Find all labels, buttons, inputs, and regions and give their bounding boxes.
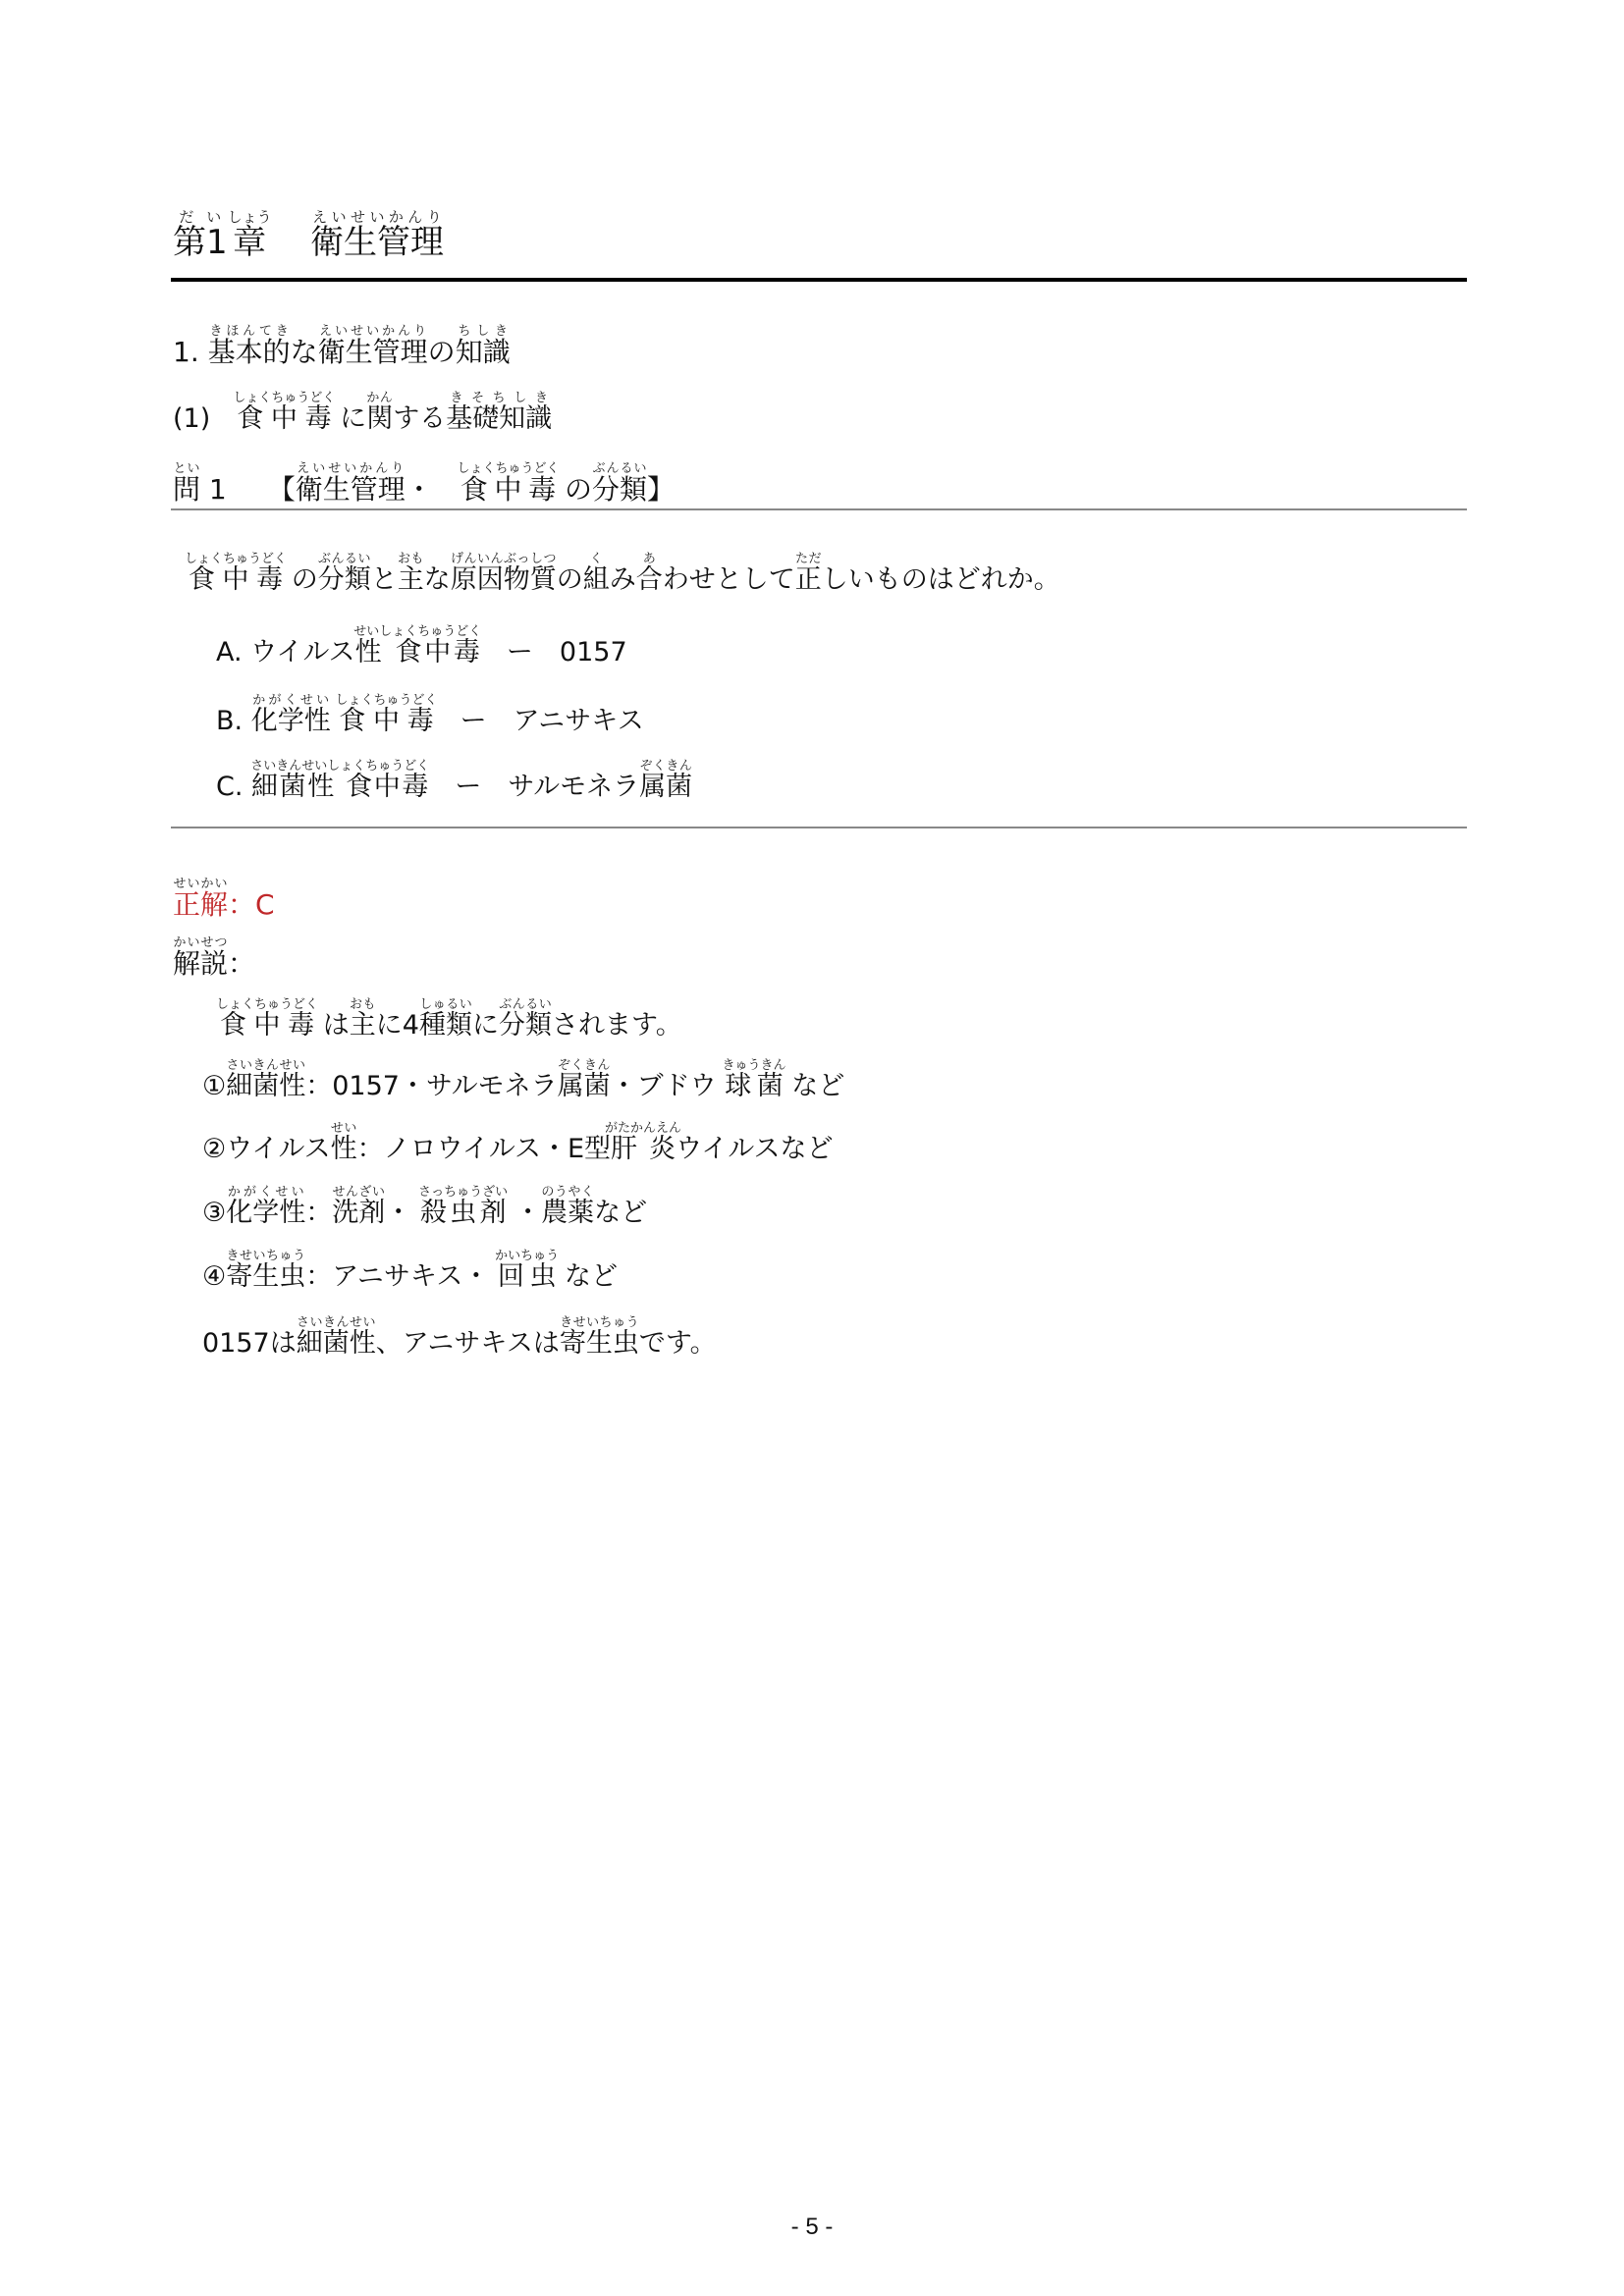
ruby-word: 食中毒しょくちゅうどく	[185, 564, 283, 595]
choice-a: A. ウイルス性 食中毒せいしょくちゅうどく ー 0157	[216, 624, 627, 666]
ruby-word: 衛生管理えいせいかんり	[296, 473, 406, 506]
text-run: など	[784, 1071, 845, 1101]
chapter-prefix: 第1だい	[173, 223, 228, 262]
ruby-word: 組く	[583, 564, 610, 595]
text-run: に	[472, 1010, 499, 1041]
choice-text: 化学性かがくせい 食中毒しょくちゅうどく ー アニサキス	[251, 706, 644, 736]
text-run: ウイルス	[250, 637, 354, 667]
ruby-word: 基本的きほんてき	[208, 336, 291, 368]
ruby-word: 種類しゅるい	[419, 1010, 472, 1041]
explanation-text: ①細菌性さいきんせい：0157・サルモネラ属菌ぞくきん・ブドウ 球菌きゅうきん …	[202, 1071, 844, 1101]
text-run: ：アニサキス・	[305, 1261, 498, 1292]
text-run: な	[424, 564, 451, 595]
text-run: しいものはどれか。	[822, 564, 1060, 595]
ruby-word: 食中毒しょくちゅうどく	[216, 1010, 314, 1041]
ruby-word: 主おも	[398, 564, 424, 595]
ruby-word: 細菌性さいきんせい	[297, 1328, 376, 1359]
ruby-word: 原因物質げんいんぶっしつ	[451, 564, 557, 595]
text-run: の	[556, 473, 592, 506]
explanation-text: ③化学性かがくせい：洗剤せんざい・ 殺虫剤さっちゅうざい ・農薬のうやくなど	[202, 1198, 647, 1228]
text-run: ー サルモネラ	[428, 772, 639, 802]
ruby-word: 基礎知識きそちしき	[446, 403, 552, 434]
ruby-word: 分類ぶんるい	[592, 473, 647, 506]
text-run: されます。	[552, 1010, 682, 1041]
correct-answer: 正解せいかい：C	[173, 877, 275, 919]
text-run: は	[314, 1010, 350, 1041]
question-body: 食中毒しょくちゅうどく の分類ぶんるいと主おもな原因物質げんいんぶっしつの組くみ…	[185, 564, 1060, 595]
ruby-word: 食中毒しょくちゅうどく	[460, 473, 556, 506]
text-run: ：0157・サルモネラ	[305, 1071, 557, 1101]
problem-number: 1 【	[200, 473, 296, 506]
text-run: など	[556, 1261, 618, 1292]
text-run: ・	[507, 1198, 542, 1228]
explanation-summary: 0157は細菌性さいきんせい、アニサキスは寄生虫きせいちゅうです。	[202, 1315, 717, 1357]
text-run: ：	[305, 1198, 332, 1228]
section-number: 1.	[173, 336, 208, 368]
ruby-word: 細菌性 食中毒さいきんせいしょくちゅうどく	[251, 772, 428, 802]
subsection-title: 食中毒しょくちゅうどく に関かんする基礎知識きそちしき	[237, 403, 552, 434]
text-run: に4	[376, 1010, 419, 1041]
text-run: の	[428, 336, 456, 368]
text-run: ・	[406, 473, 460, 506]
text-run: の	[283, 564, 318, 595]
ruby-word: 関かん	[366, 403, 393, 434]
choice-letter: C.	[216, 772, 251, 802]
ruby-word: 分類ぶんるい	[499, 1010, 552, 1041]
text-run: わせとして	[663, 564, 795, 595]
problem-divider	[171, 508, 1467, 510]
text-run: ④	[202, 1261, 226, 1292]
ruby-word: 球菌きゅうきん	[725, 1071, 784, 1101]
explanation-text: 食中毒しょくちゅうどく は主おもに4種類しゅるいに分類ぶんるいされます。	[216, 1010, 682, 1041]
ruby-word: 化学性かがくせい	[251, 706, 331, 736]
text-run: ③	[202, 1198, 226, 1228]
ruby-word: 食中毒しょくちゅうどく	[237, 403, 331, 434]
explanation-text: ④寄生虫きせいちゅう：アニサキス・ 回虫かいちゅう など	[202, 1261, 618, 1292]
choice-text: ウイルス性 食中毒せいしょくちゅうどく ー 0157	[250, 637, 626, 667]
problem-heading: 問とい 1 【衛生管理えいせいかんり・ 食中毒しょくちゅうどく の分類ぶんるい】	[173, 461, 675, 504]
chapter-divider	[171, 278, 1467, 282]
section-heading: 1. 基本的きほんてきな衛生管理えいせいかんりの知識ちしき	[173, 324, 511, 366]
text-run: など	[594, 1198, 647, 1228]
ruby-word: 衛生管理えいせいかんり	[318, 336, 428, 368]
text-run: の	[557, 564, 583, 595]
text-run: です。	[639, 1328, 717, 1359]
text-run: ：ノロウイルス・E型	[357, 1134, 611, 1164]
explanation-item-2: ②ウイルス性せい：ノロウイルス・E型肝炎がたかんえんウイルスなど	[202, 1121, 833, 1162]
text-run: な	[291, 336, 318, 368]
subsection-heading: (1) 食中毒しょくちゅうどく に関かんする基礎知識きそちしき	[173, 391, 552, 432]
explanation-text: 0157は細菌性さいきんせい、アニサキスは寄生虫きせいちゅうです。	[202, 1328, 717, 1359]
question-text: 食中毒しょくちゅうどく の分類ぶんるいと主おもな原因物質げんいんぶっしつの組くみ…	[185, 552, 1060, 593]
ruby-word: 寄生虫きせいちゅう	[560, 1328, 639, 1359]
explanation-item-4: ④寄生虫きせいちゅう：アニサキス・ 回虫かいちゅう など	[202, 1249, 618, 1290]
ruby-word: 農薬のうやく	[541, 1198, 594, 1228]
choice-c: C. 細菌性 食中毒さいきんせいしょくちゅうどく ー サルモネラ属菌ぞくきん	[216, 759, 692, 800]
text-run: と	[371, 564, 398, 595]
text-run: ウイルスなど	[676, 1134, 833, 1164]
answer-divider	[171, 827, 1467, 828]
explanation-text: ②ウイルス性せい：ノロウイルス・E型肝炎がたかんえんウイルスなど	[202, 1134, 833, 1164]
ruby-word: 細菌性さいきんせい	[226, 1071, 305, 1101]
ruby-word: 殺虫剤さっちゅうざい	[420, 1198, 507, 1228]
choice-letter: A.	[216, 637, 250, 667]
text-run: 0157は	[202, 1328, 297, 1359]
ruby-word: 属菌ぞくきん	[558, 1071, 611, 1101]
answer-label: 正解せいかい	[173, 888, 228, 921]
chapter-label: 章しょう	[228, 223, 267, 262]
subsection-number: (1)	[173, 403, 237, 434]
explanation-heading: 解説かいせつ：	[173, 935, 255, 978]
text-run: み	[610, 564, 636, 595]
ruby-word: 性せい	[331, 1134, 357, 1164]
ruby-word: 食中毒しょくちゅうどく	[339, 706, 433, 736]
chapter-name: 衛生管理えいせいかんり	[310, 223, 444, 262]
explanation-item-1: ①細菌性さいきんせい：0157・サルモネラ属菌ぞくきん・ブドウ 球菌きゅうきん …	[202, 1058, 844, 1099]
text-run: ー 0157	[480, 637, 627, 667]
text-run: ・	[385, 1198, 420, 1228]
ruby-word: 肝炎がたかんえん	[611, 1134, 676, 1164]
text-run: 、アニサキスは	[376, 1328, 560, 1359]
choice-letter: B.	[216, 706, 251, 736]
choice-b: B. 化学性かがくせい 食中毒しょくちゅうどく ー アニサキス	[216, 693, 644, 734]
ruby-word: 知識ちしき	[456, 336, 511, 368]
ruby-word: 分類ぶんるい	[318, 564, 371, 595]
text-run: ①	[202, 1071, 226, 1101]
ruby-word: 主おも	[350, 1010, 376, 1041]
problem-label: 問とい	[173, 473, 200, 506]
page-number: - 5 -	[0, 2214, 1624, 2241]
text-run: ②ウイルス	[202, 1134, 331, 1164]
text-run: する	[393, 403, 446, 434]
text-run: ー アニサキス	[434, 706, 644, 736]
ruby-word: 回虫かいちゅう	[498, 1261, 557, 1292]
ruby-word: 正ただ	[795, 564, 822, 595]
choice-text: 細菌性 食中毒さいきんせいしょくちゅうどく ー サルモネラ属菌ぞくきん	[251, 772, 692, 802]
ruby-word: 洗剤せんざい	[332, 1198, 385, 1228]
text-run: 】	[647, 473, 675, 506]
explanation-item-3: ③化学性かがくせい：洗剤せんざい・ 殺虫剤さっちゅうざい ・農薬のうやくなど	[202, 1185, 647, 1226]
ruby-word: 化学性かがくせい	[226, 1198, 305, 1228]
explanation-label: 解説かいせつ	[173, 947, 228, 980]
ruby-word: 属菌ぞくきん	[639, 772, 692, 802]
ruby-word: 合あ	[636, 564, 663, 595]
text-run: に	[332, 403, 367, 434]
problem-topic: 衛生管理えいせいかんり・ 食中毒しょくちゅうどく の分類ぶんるい】	[296, 473, 675, 506]
text-run: ・ブドウ	[611, 1071, 726, 1101]
chapter-title: 第1だい章しょう 衛生管理えいせいかんり	[173, 208, 444, 259]
explanation-intro: 食中毒しょくちゅうどく は主おもに4種類しゅるいに分類ぶんるいされます。	[216, 997, 682, 1039]
ruby-word: 寄生虫きせいちゅう	[226, 1261, 305, 1292]
section-title: 基本的きほんてきな衛生管理えいせいかんりの知識ちしき	[208, 336, 511, 368]
ruby-word: 性 食中毒せいしょくちゅうどく	[355, 637, 480, 667]
answer-value: ：C	[228, 888, 275, 921]
